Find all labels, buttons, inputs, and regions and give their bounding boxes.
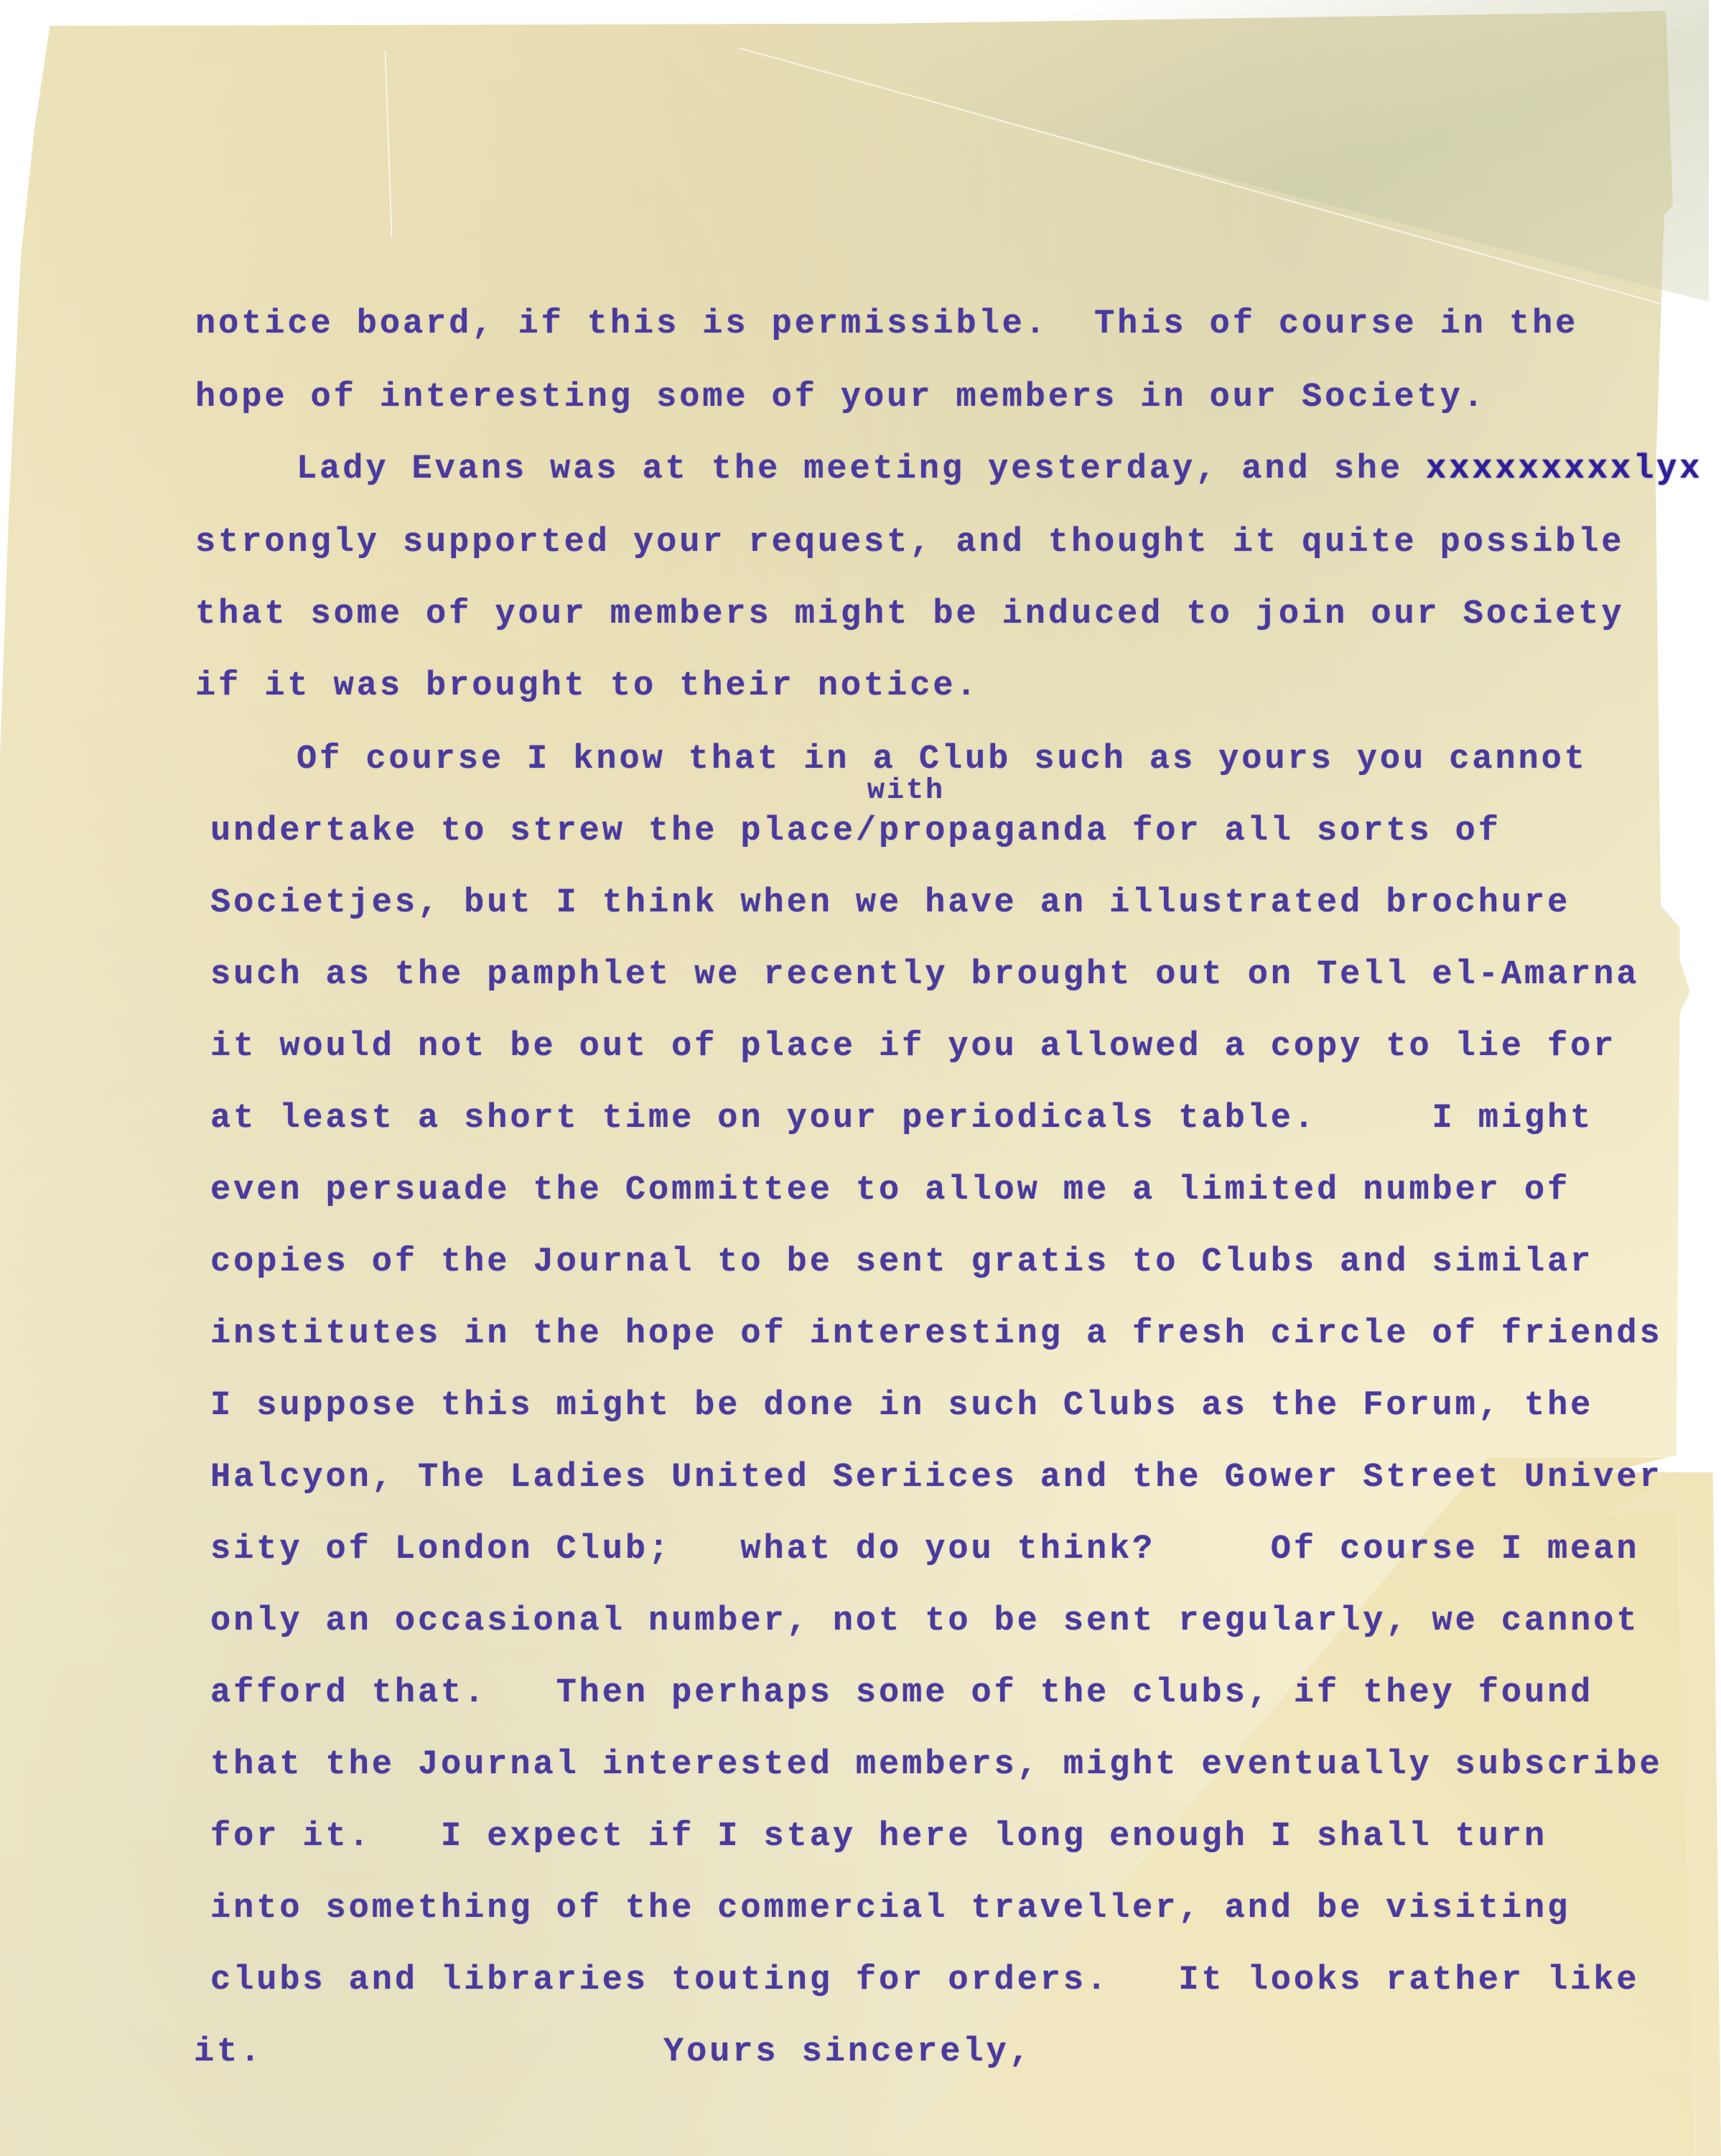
text-line: for it. I expect if I stay here long eno… [210,1820,1547,1854]
text-line: even persuade the Committee to allow me … [210,1174,1570,1207]
text-line: such as the pamphlet we recently brought… [210,958,1639,992]
text-line: strongly supported your request, and tho… [195,526,1624,559]
text-line: sity of London Club; what do you think? … [210,1533,1639,1566]
text-line: only an occasional number, not to be sen… [210,1604,1639,1638]
text-line: Lady Evans was at the meeting yesterday,… [297,452,1702,486]
text-line: institutes in the hope of interesting a … [210,1317,1663,1351]
text-line: copies of the Journal to be sent gratis … [210,1245,1593,1279]
text-line: into something of the commercial travell… [210,1892,1570,1925]
interlinear-insertion: with [867,777,945,806]
text-line: hope of interesting some of your members… [195,381,1486,414]
text-line: at least a short time on your periodical… [210,1102,1593,1135]
text-line: it. [194,2035,263,2069]
text-line: notice board, if this is permissible. Th… [195,307,1578,341]
text-line: I suppose this might be done in such Clu… [210,1389,1593,1423]
struck-out-text: xxxxxxxxxlyx [1426,450,1702,488]
line-text: Lady Evans was at the meeting yesterday,… [297,450,1426,488]
text-line: undertake to strew the place/propaganda … [210,814,1501,848]
text-line: clubs and libraries touting for orders. … [210,1964,1639,1997]
text-line: Of course I know that in a Club such as … [297,743,1587,776]
text-line: if it was brought to their notice. [195,669,979,703]
text-line: that some of your members might be induc… [195,598,1624,631]
text-line: afford that. Then perhaps some of the cl… [210,1676,1593,1710]
closing-salutation: Yours sincerely, [663,2035,1032,2069]
text-line: it would not be out of place if you allo… [210,1030,1616,1064]
text-line: Societjes, but I think when we have an i… [210,886,1570,920]
text-line: Halcyon, The Ladies United Seriices and … [210,1461,1663,1495]
text-line: that the Journal interested members, mig… [210,1748,1663,1782]
letter-body: notice board, if this is permissible. Th… [0,0,1721,2156]
